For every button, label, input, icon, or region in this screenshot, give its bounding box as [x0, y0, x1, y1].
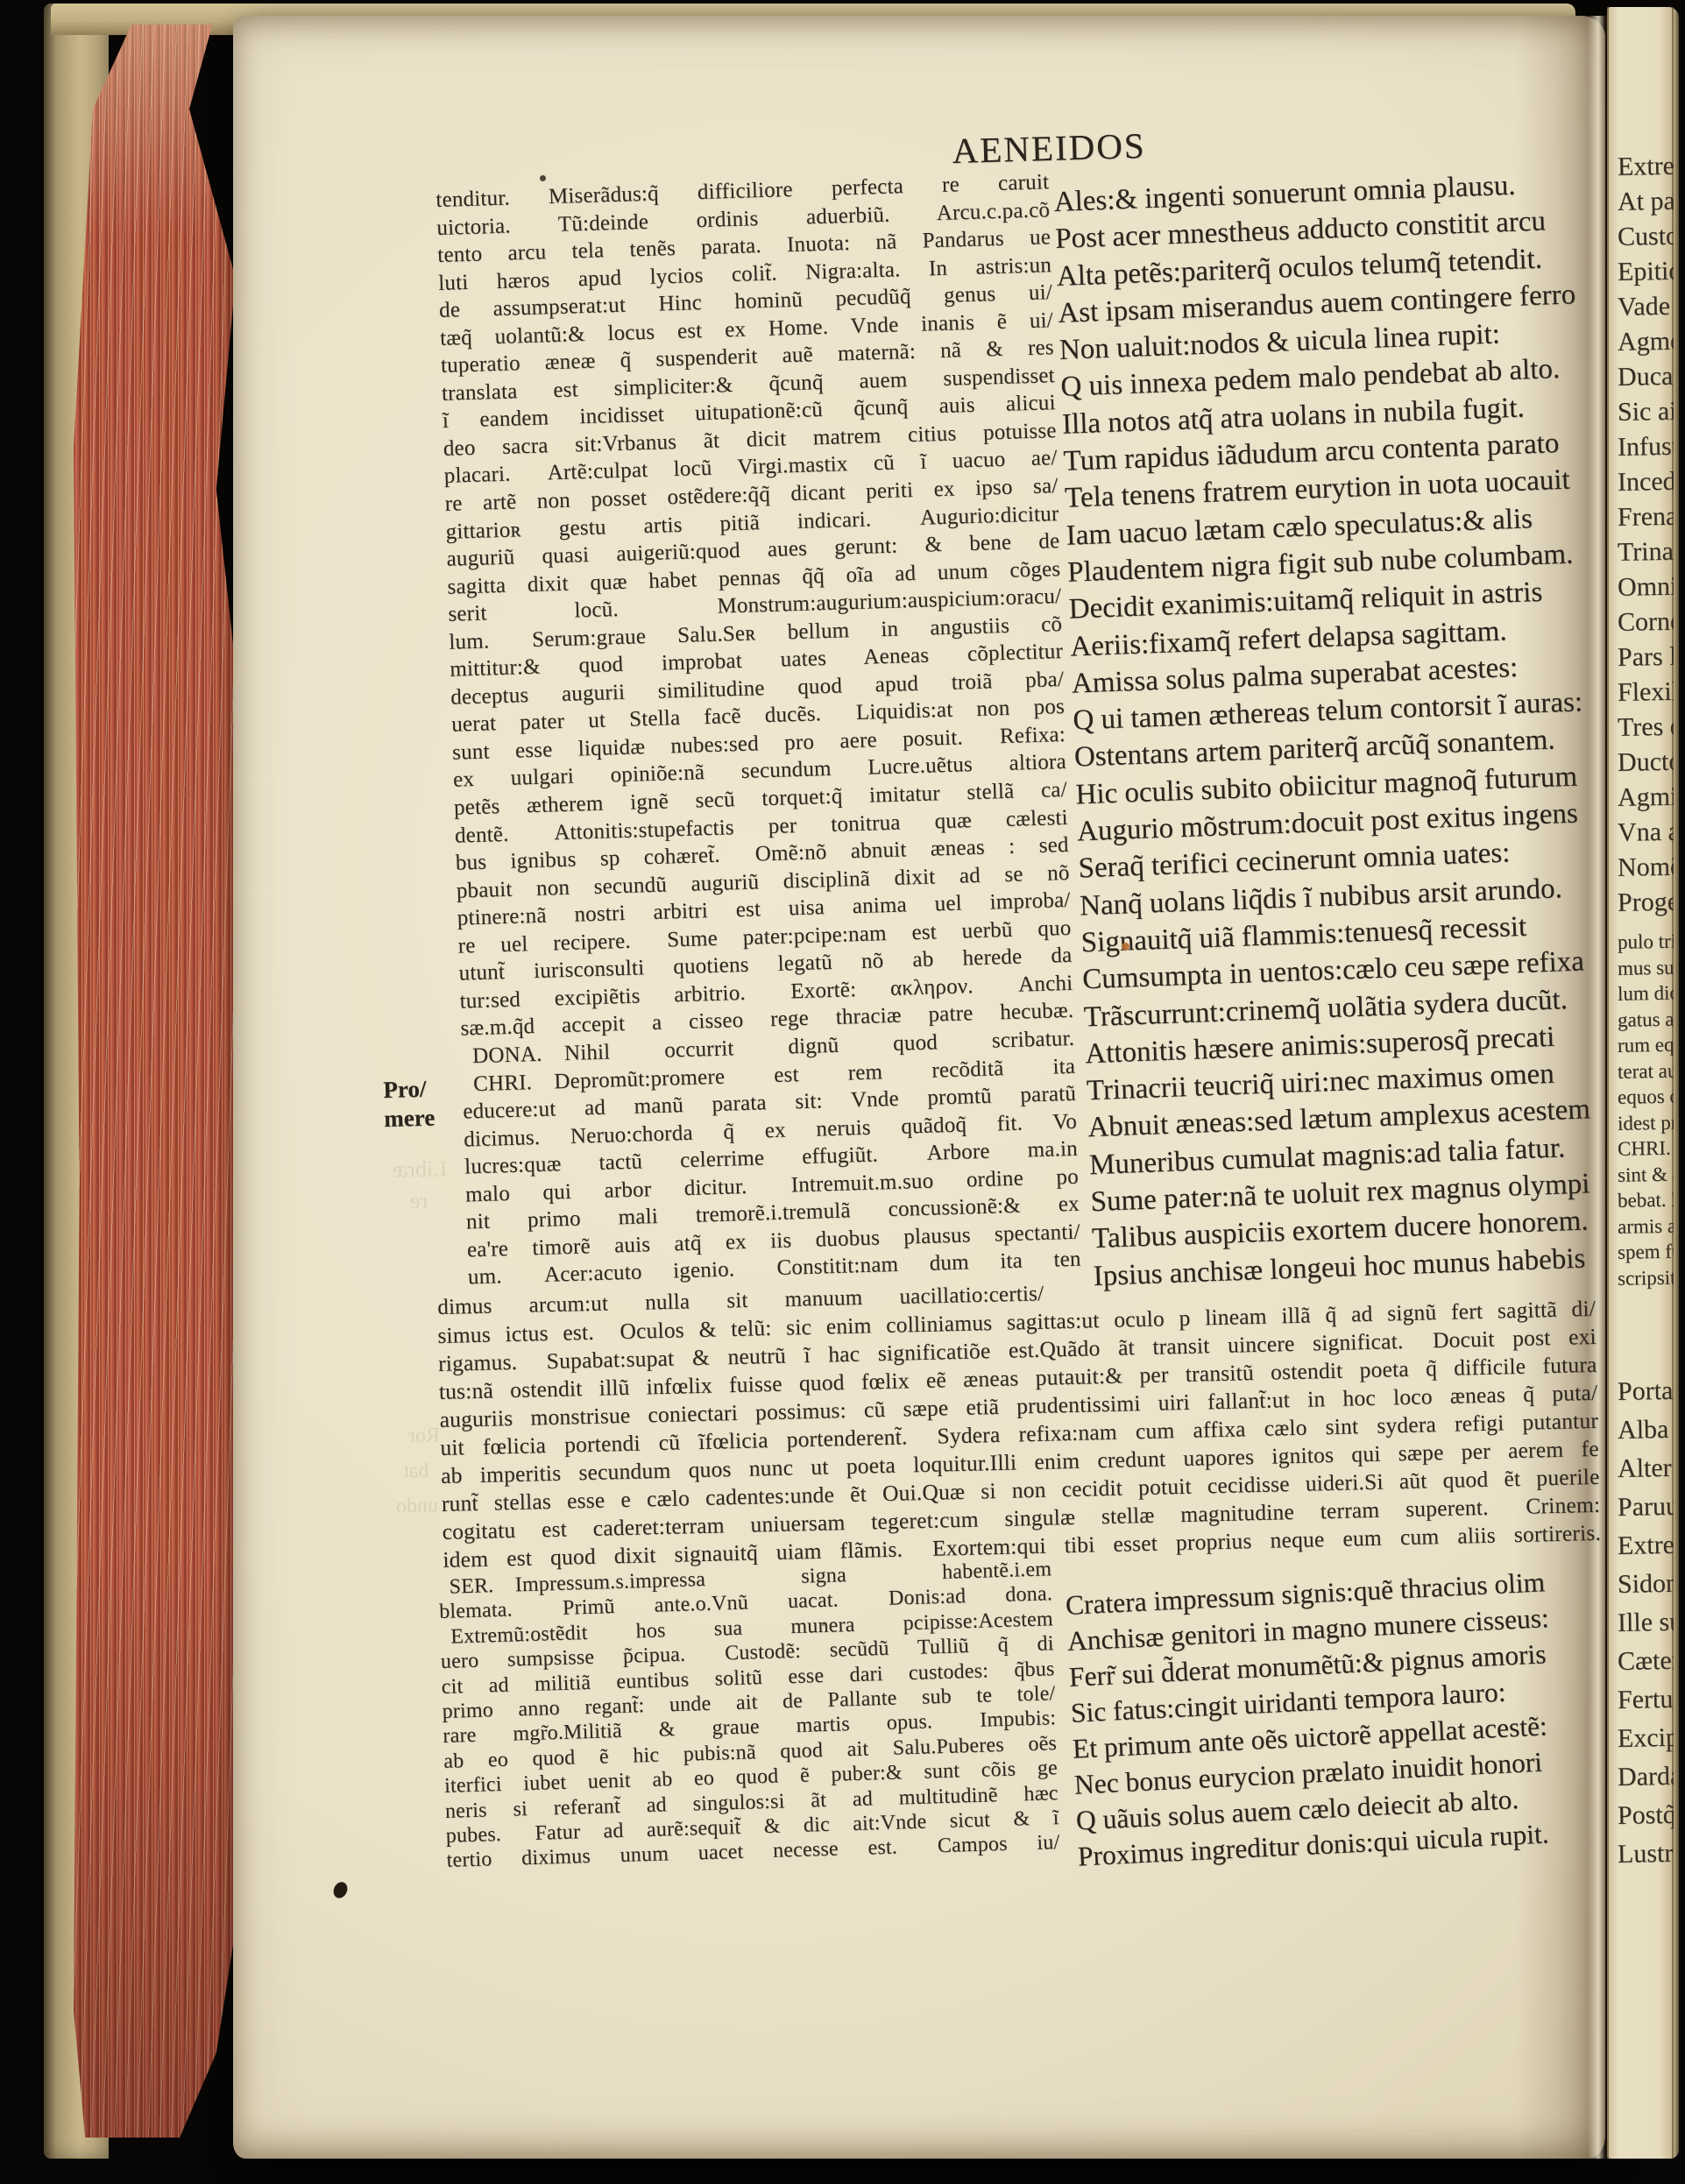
- edge-fragment: Nomẽ: [1618, 849, 1674, 886]
- edge-fragment: Agmine: [1618, 779, 1674, 816]
- page-header: AENEIDOS: [952, 124, 1146, 172]
- edge-fragment: Lustraue: [1618, 1834, 1674, 1874]
- edge-fragment: rum equ: [1618, 1031, 1674, 1058]
- edge-fragment: Epitid: [1618, 253, 1674, 290]
- edge-fragment: Trinacr: [1618, 534, 1674, 570]
- edge-fragment: gatus ab: [1618, 1006, 1674, 1033]
- ink-blot: [540, 175, 546, 181]
- edge-fragment: Pars leu: [1618, 639, 1674, 675]
- book-page-photo: LibræreRorbatundo AENEIDOS tenditur. Mis…: [0, 0, 1685, 2184]
- edge-fragment: Alba ped: [1618, 1410, 1674, 1450]
- edge-fragment: Vade a: [1618, 288, 1674, 325]
- commentary-column-top: tenditur. Miserãdus:q̃ difficiliore perf…: [435, 168, 1081, 1291]
- verse-column-top: Ales:& ingenti sonuerunt omnia plausu.Po…: [1053, 163, 1659, 1295]
- edge-fragment: armis affe: [1618, 1212, 1674, 1240]
- edge-commentary-fragments: pulo tribmus suplum dicitgatus abrum equ…: [1618, 929, 1674, 1290]
- wide-commentary-block: simus ictus est. Oculos & telũ: sic enim…: [437, 1295, 1601, 1574]
- edge-fragment: Alter atis: [1618, 1448, 1674, 1488]
- edge-fragment: Paruus a: [1618, 1487, 1674, 1527]
- edge-fragment: Frenati: [1618, 498, 1674, 535]
- edge-fragment: At pat: [1618, 183, 1674, 220]
- edge-fragment: idest prim: [1618, 1109, 1674, 1136]
- margin-note: Pro/mere: [383, 1074, 435, 1133]
- edge-fragment: Infusu: [1618, 428, 1674, 465]
- edge-verse-fragments-bottom: Portat eAlba pedAlter atisParuus aExtrem…: [1618, 1372, 1674, 1873]
- edge-fragment: Cornea: [1618, 604, 1674, 640]
- edge-fragment: sint & ant: [1618, 1161, 1674, 1188]
- paper-speck: [1341, 561, 1344, 564]
- edge-fragment: Postq̃ o: [1618, 1795, 1674, 1835]
- next-page-text-sliver: ExtreAt patCustoEpitidVade aAgmenDucatSi…: [1618, 16, 1674, 2136]
- edge-fragment: terat aut i: [1618, 1057, 1674, 1085]
- edge-fragment: CHRI.: [1618, 1134, 1674, 1162]
- edge-fragment: Progen: [1618, 884, 1674, 921]
- edge-fragment: Excipiun: [1618, 1718, 1674, 1758]
- edge-fragment: Cætera t: [1618, 1641, 1674, 1681]
- edge-fragment: scripsit po: [1618, 1264, 1674, 1291]
- paper-speck: [822, 1622, 825, 1626]
- margin-note-line: mere: [384, 1103, 435, 1134]
- edge-fragment: mus sup: [1618, 954, 1674, 981]
- edge-fragment: Sidonio: [1618, 1564, 1674, 1604]
- edge-fragment: Fertur e: [1618, 1679, 1674, 1720]
- edge-fragment: bebat. Fr: [1618, 1186, 1674, 1213]
- edge-fragment: Ille sui d: [1618, 1602, 1674, 1643]
- edge-fragment: Omnib: [1618, 569, 1674, 605]
- edge-fragment: pulo trib: [1618, 928, 1674, 955]
- edge-fragment: Extre: [1618, 148, 1674, 185]
- edge-fragment: Ducat: [1618, 358, 1674, 395]
- edge-fragment: Ductor: [1618, 744, 1674, 781]
- edge-verse-fragments-top: ExtreAt patCustoEpitidVade aAgmenDucatSi…: [1618, 149, 1674, 920]
- margin-note-line: Pro/: [383, 1074, 435, 1105]
- ink-blot: [1122, 943, 1129, 951]
- edge-fragment: Vna ac: [1618, 814, 1674, 851]
- edge-fragment: Sic ait:: [1618, 393, 1674, 430]
- edge-fragment: Custo: [1618, 218, 1674, 255]
- edge-fragment: Tres equ: [1618, 709, 1674, 746]
- verse-column-bottom: Cratera impressum signis:quẽ thracius ol…: [1065, 1560, 1634, 1875]
- edge-fragment: Portat e: [1618, 1371, 1674, 1411]
- edge-fragment: Flexilis: [1618, 674, 1674, 710]
- edge-fragment: spem futu: [1618, 1238, 1674, 1265]
- edge-fragment: lum dicit: [1618, 979, 1674, 1007]
- commentary-column-bottom: SER. Impressum.s.impressa signa habentẽ.…: [438, 1557, 1060, 1873]
- edge-fragment: Extremu: [1618, 1525, 1674, 1566]
- edge-fragment: equos co: [1618, 1083, 1674, 1110]
- edge-fragment: Incedu: [1618, 463, 1674, 500]
- edge-fragment: Dardani: [1618, 1756, 1674, 1797]
- edge-fragment: Agmen: [1618, 323, 1674, 360]
